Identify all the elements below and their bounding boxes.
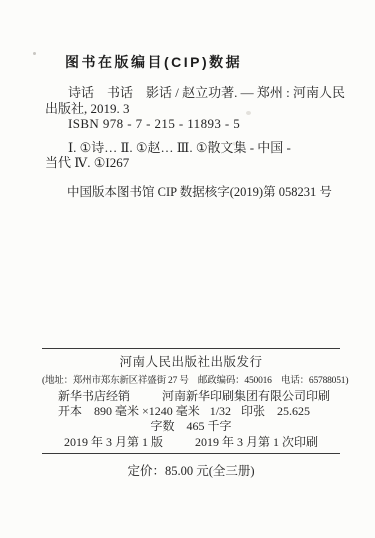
impression-date: 2019 年 3 月第 1 次印刷 [195, 434, 318, 450]
publisher-line: 河南人民出版社出版发行 [42, 354, 340, 370]
edition-row: 2019 年 3 月第 1 版 2019 年 3 月第 1 次印刷 [42, 434, 340, 450]
book-format: 开本 890 毫米 ×1240 毫米 [58, 404, 200, 419]
scan-artifact [33, 52, 36, 55]
format-row: 开本 890 毫米 ×1240 毫米 1/32 印张 25.625 [42, 404, 340, 419]
distributor: 新华书店经销 [58, 389, 130, 404]
isbn-number: ISBN 978 - 7 - 215 - 11893 - 5 [68, 116, 240, 132]
sheet-fraction: 1/32 [210, 404, 231, 419]
catalog-record-line-2: 出版社, 2019. 3 [45, 101, 130, 117]
publisher-address-line: (地址：郑州市郑东新区祥盛街 27 号 邮政编码：450016 电话：65788… [42, 374, 340, 389]
edition-date: 2019 年 3 月第 1 版 [64, 434, 163, 450]
classification-line-2: 当代 Ⅳ. ①I267 [45, 155, 129, 171]
scan-artifact [246, 111, 251, 115]
printed-sheets: 印张 25.625 [241, 404, 310, 419]
book-copyright-page: 图书在版编目(CIP)数据 诗话 书话 影话 / 赵立功著. — 郑州 : 河南… [0, 0, 375, 538]
colophon-block: 河南人民出版社出版发行 (地址：郑州市郑东新区祥盛街 27 号 邮政编码：450… [42, 348, 340, 454]
catalog-record-line-1: 诗话 书话 影话 / 赵立功著. — 郑州 : 河南人民 [68, 85, 345, 101]
printer: 河南新华印刷集团有限公司印刷 [162, 389, 330, 404]
price-line: 定价：85.00 元(全三册) [42, 461, 340, 479]
cip-registration-number: 中国版本图书馆 CIP 数据核字(2019)第 058231 号 [67, 185, 332, 201]
word-count: 字数 465 千字 [42, 419, 340, 434]
distribution-row: 新华书店经销 河南新华印刷集团有限公司印刷 [42, 389, 340, 404]
cip-data-heading: 图书在版编目(CIP)数据 [65, 52, 242, 72]
classification-line-1: Ⅰ. ①诗… Ⅱ. ①赵… Ⅲ. ①散文集 - 中国 - [68, 140, 291, 156]
